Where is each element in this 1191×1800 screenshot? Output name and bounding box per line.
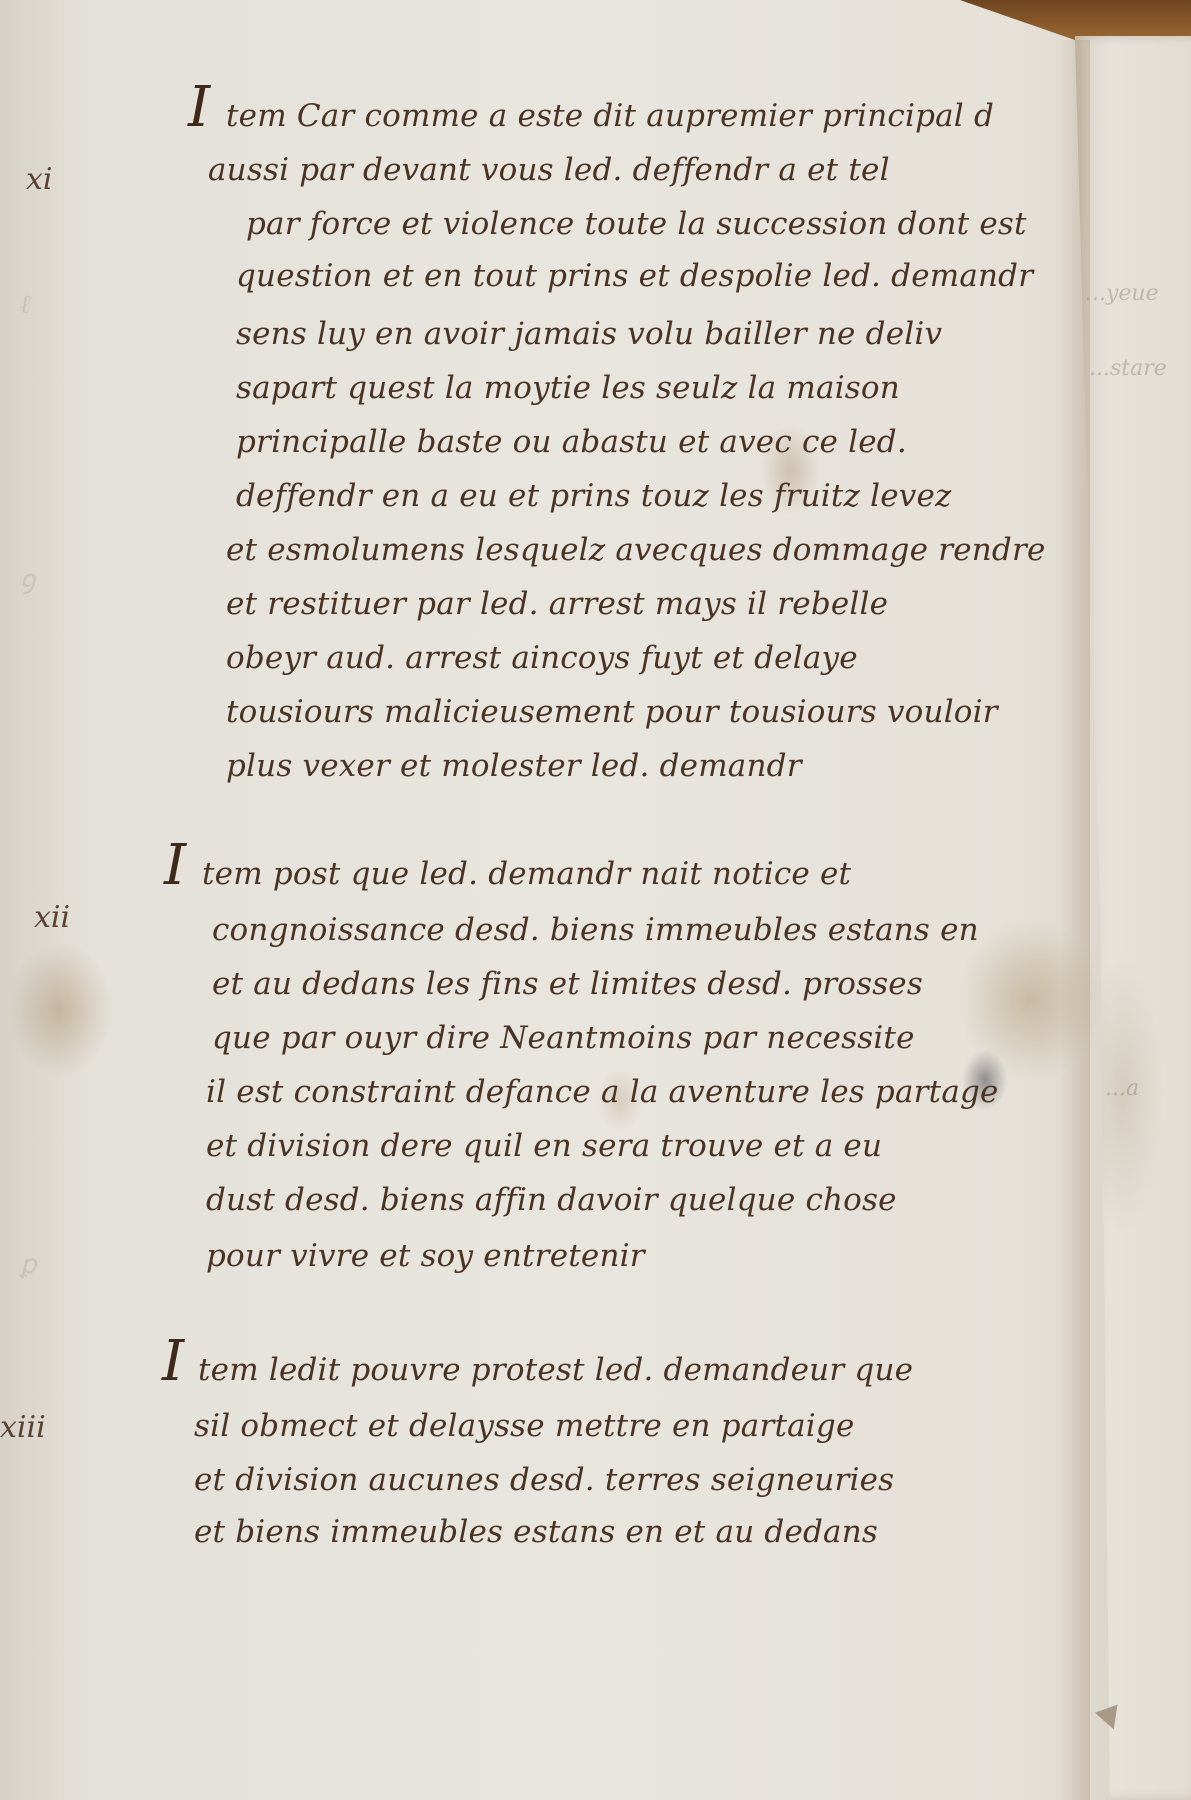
- manuscript-line: pour vivre et soy entretenir: [206, 1238, 645, 1274]
- manuscript-line: congnoissance desd. biens immeubles esta…: [212, 912, 979, 948]
- ghost-text: ...stare: [1089, 356, 1167, 381]
- bleed-through: ꝯ: [20, 560, 35, 596]
- bleed-through: ꝑ: [20, 1250, 37, 1280]
- ghost-text: ...a: [1105, 1076, 1139, 1101]
- manuscript-line: sapart quest la moytie les seulz la mais…: [236, 370, 900, 406]
- manuscript-line: plus vexer et molester led. demandr: [226, 748, 802, 784]
- manuscript-line: dust desd. biens affin davoir quelque ch…: [206, 1182, 897, 1218]
- manuscript-folio: ℓ ꝯ ꝑ xi I tem Car comme a este dit aupr…: [0, 0, 1110, 1800]
- ghost-text: ...yeue: [1085, 281, 1159, 306]
- manuscript-line: il est constraint defance a la aventure …: [206, 1074, 999, 1110]
- manuscript-line: aussi par devant vous led. deffendr a et…: [208, 152, 890, 188]
- manuscript-line: tousiours malicieusement pour tousiours …: [226, 694, 998, 730]
- margin-number: xi: [26, 162, 53, 197]
- bleed-through: ℓ: [20, 290, 31, 320]
- manuscript-line: et division dere quil en sera trouve et …: [206, 1128, 882, 1164]
- manuscript-line: sil obmect et delaysse mettre en partaig…: [194, 1408, 855, 1444]
- margin-number: xii: [34, 900, 70, 935]
- manuscript-line: question et en tout prins et despolie le…: [236, 258, 1033, 294]
- manuscript-line: et esmolumens lesquelz avecques dommage …: [226, 532, 1046, 568]
- manuscript-line: tem Car comme a este dit aupremier princ…: [226, 98, 994, 134]
- manuscript-line: sens luy en avoir jamais volu bailler ne…: [236, 316, 942, 352]
- manuscript-line: que par ouyr dire Neantmoins par necessi…: [212, 1020, 915, 1056]
- manuscript-line: et division aucunes desd. terres seigneu…: [194, 1462, 894, 1498]
- manuscript-line: par force et violence toute la successio…: [246, 206, 1027, 242]
- decorated-initial: I: [164, 838, 186, 894]
- manuscript-line: deffendr en a eu et prins touz les fruit…: [236, 478, 952, 514]
- decorated-initial: I: [188, 80, 210, 136]
- manuscript-line: principalle baste ou abastu et avec ce l…: [236, 424, 907, 460]
- manuscript-line: et restituer par led. arrest mays il reb…: [226, 586, 888, 622]
- manuscript-line: tem post que led. demandr nait notice et: [202, 856, 851, 892]
- manuscript-line: et biens immeubles estans en et au dedan…: [194, 1514, 878, 1550]
- manuscript-line: obeyr aud. arrest aincoys fuyt et delaye: [226, 640, 858, 676]
- manuscript-line: et au dedans les fins et limites desd. p…: [212, 966, 923, 1002]
- manuscript-line: tem ledit pouvre protest led. demandeur …: [198, 1352, 913, 1388]
- margin-number: xiii: [0, 1410, 46, 1445]
- decorated-initial: I: [162, 1334, 184, 1390]
